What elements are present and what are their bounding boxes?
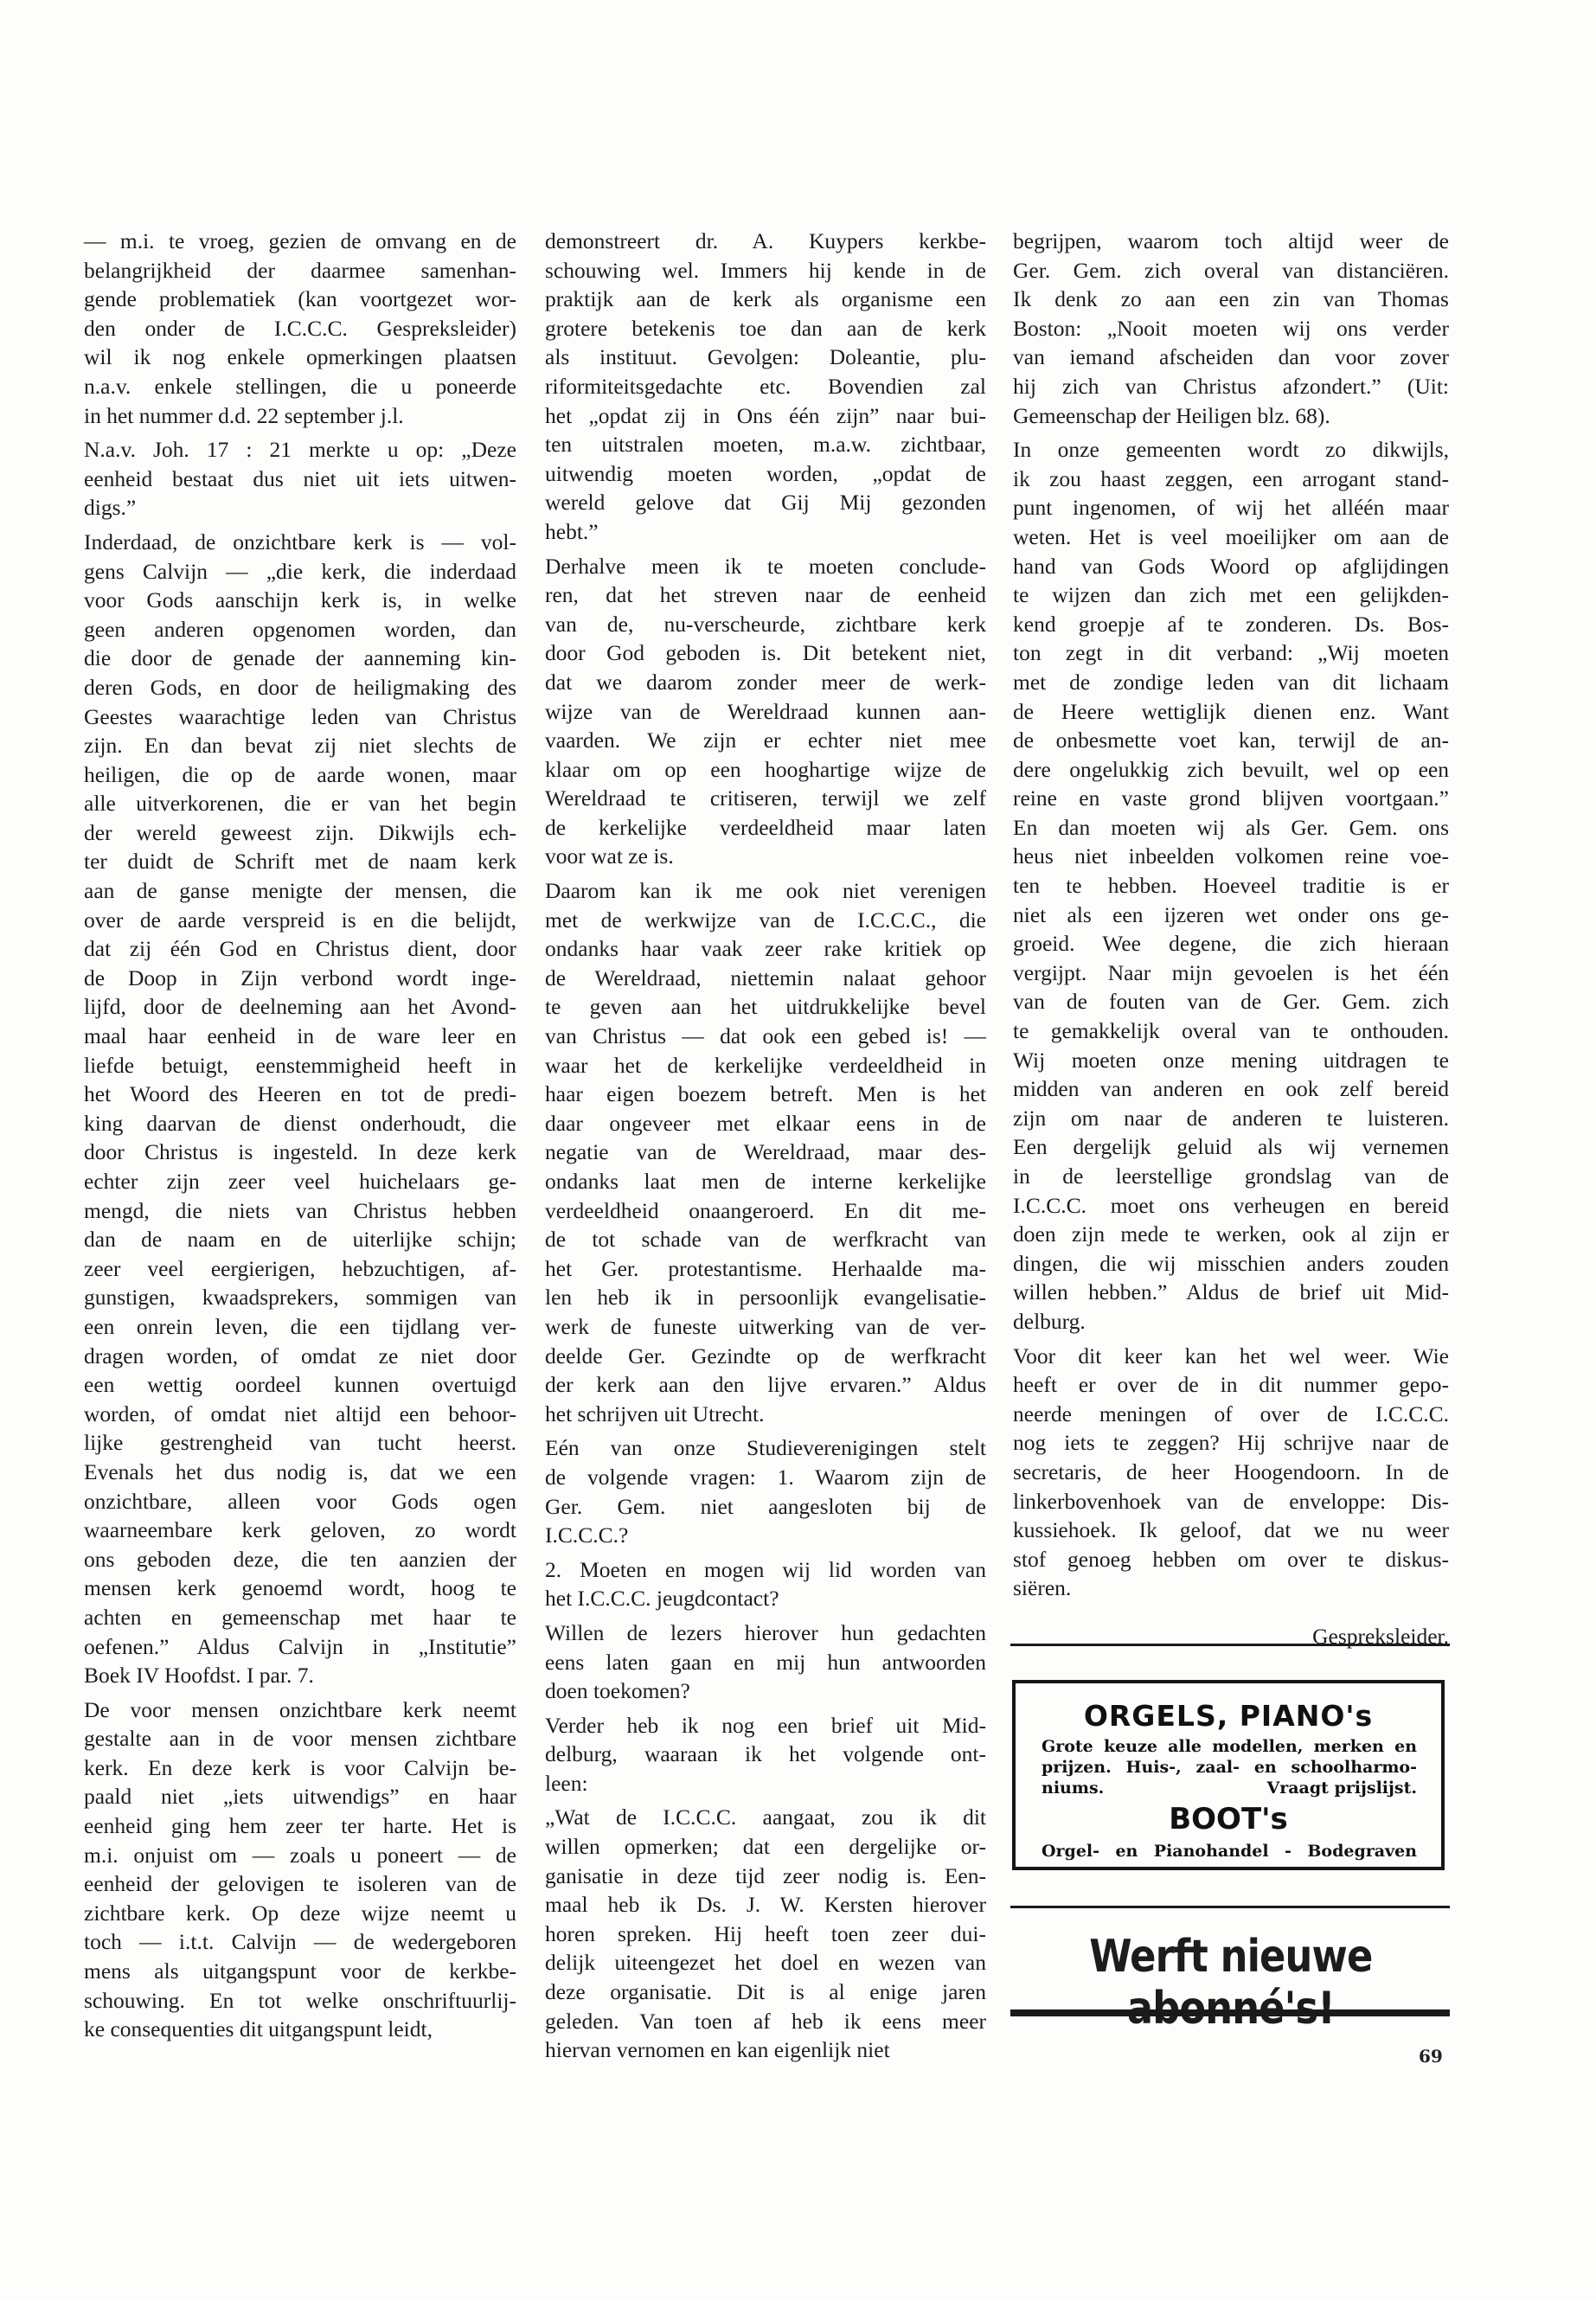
article-column-2: demonstreert dr. A. Kuypers kerkbe-schou… (545, 227, 986, 2065)
text-line: daar ongeveer met elkaar eens in de (545, 1109, 986, 1138)
text-line: grotere betekenis toe dan aan de kerk (545, 314, 986, 343)
ad-brand: BOOT's (1016, 1802, 1441, 1836)
text-line: 2. Moeten en mogen wij lid worden van (545, 1555, 986, 1585)
text-line: toch — i.t.t. Calvijn — de wedergeboren (84, 1927, 516, 1957)
divider-rule-top (1010, 1644, 1450, 1646)
text-line: Boek IV Hoofdst. I par. 7. (84, 1661, 516, 1690)
text-line: van Christus — dat ook een gebed is! — (545, 1022, 986, 1051)
text-line: Verder heb ik nog een brief uit Mid- (545, 1711, 986, 1740)
text-line: die door de genade der aanneming kin- (84, 644, 516, 673)
text-line: vaarden. We zijn er echter niet mee (545, 726, 986, 755)
text-line: mensen kerk genoemd wordt, hoog te (84, 1574, 516, 1603)
paragraph: De voor mensen onzichtbare kerk neemtges… (84, 1695, 516, 2044)
text-line: horen spreken. Hij heeft toen zeer dui- (545, 1920, 986, 1949)
text-line: lijke gestrengheid van tucht heerst. (84, 1428, 516, 1458)
article-column-1: — m.i. te vroeg, gezien de omvang en deb… (84, 227, 516, 2044)
ad-footer: Orgel- en Pianohandel - Bodegraven (1016, 1836, 1441, 1861)
text-line: waar het de kerkelijke verdeeldheid in (545, 1051, 986, 1080)
text-line: hij zich van Christus afzondert.” (Uit: (1013, 372, 1449, 401)
text-line: eenheid der gelovigen te isoleren van de (84, 1869, 516, 1899)
text-line: Geestes waarachtige leden van Christus (84, 702, 516, 732)
text-line: Voor dit keer kan het wel weer. Wie (1013, 1342, 1449, 1371)
paragraph: Inderdaad, de onzichtbare kerk is — vol-… (84, 528, 516, 1690)
text-line: maal haar eenheid in de ware leer en (84, 1022, 516, 1051)
text-line: niet als een ijzeren wet onder ons ge- (1013, 901, 1449, 930)
text-line: der kerk aan den lijve ervaren.” Aldus (545, 1370, 986, 1400)
text-line: haar eigen boezem betreft. Men is het (545, 1080, 986, 1109)
text-line: het „opdat zij in Ons één zijn” naar bui… (545, 401, 986, 431)
text-line: wijze van de Wereldraad kunnen aan- (545, 697, 986, 727)
text-line: Eén van onze Studieverenigingen stelt (545, 1433, 986, 1463)
text-line: punt ingenomen, of wij het alléén maar (1013, 493, 1449, 522)
text-line: gestalte aan in de voor mensen zichtbare (84, 1724, 516, 1753)
text-line: — m.i. te vroeg, gezien de omvang en de (84, 227, 516, 256)
text-line: in het nummer d.d. 22 september j.l. (84, 401, 516, 431)
text-line: ten te hebben. Hoeveel traditie is er (1013, 871, 1449, 901)
text-line: voor Gods aanschijn kerk is, in welke (84, 586, 516, 615)
text-line: achten en gemeenschap met haar te (84, 1603, 516, 1632)
text-line: demonstreert dr. A. Kuypers kerkbe- (545, 227, 986, 256)
text-line: in de leerstellige grondslag van de (1013, 1162, 1449, 1191)
text-line: gens Calvijn — „die kerk, die inderdaad (84, 557, 516, 586)
text-line: ten uitstralen moeten, m.a.w. zichtbaar, (545, 430, 986, 459)
text-line: te geven aan het uitdrukkelijke bevel (545, 992, 986, 1022)
text-line: ondanks haar vaak zeer rake kritiek op (545, 934, 986, 964)
text-line: voor wat ze is. (545, 842, 986, 871)
text-line: nog iets te zeggen? Hij schrijve naar de (1013, 1428, 1449, 1458)
text-line: gende problematiek (kan voortgezet wor- (84, 285, 516, 314)
text-line: een wettig oordeel kunnen overtuigd (84, 1370, 516, 1400)
text-line: de tot schade van de werfkracht van (545, 1225, 986, 1254)
text-line: Ger. Gem. niet aangesloten bij de (545, 1492, 986, 1522)
text-line: verdeeldheid onaangeroerd. En dit me- (545, 1196, 986, 1226)
text-line: geen anderen opgenomen worden, dan (84, 615, 516, 644)
paragraph: Voor dit keer kan het wel weer. Wieheeft… (1013, 1342, 1449, 1603)
text-line: de volgende vragen: 1. Waarom zijn de (545, 1463, 986, 1492)
text-line: neerde meningen of over de I.C.C.C. (1013, 1400, 1449, 1429)
text-line: midden van anderen en ook zelf bereid (1013, 1074, 1449, 1104)
text-line: als instituut. Gevolgen: Doleantie, plu- (545, 343, 986, 372)
text-line: riformiteitsgedachte etc. Bovendien zal (545, 372, 986, 401)
advertisement-box: ORGELS, PIANO's Grote keuze alle modelle… (1012, 1680, 1445, 1870)
text-line: willen opmerken; dat een dergelijke or- (545, 1832, 986, 1862)
article-column-3: begrijpen, waarom toch altijd weer deGer… (1013, 227, 1449, 1651)
text-line: heiligen, die op de aarde wonen, maar (84, 760, 516, 790)
text-line: praktijk aan de kerk als organisme een (545, 285, 986, 314)
paragraph: begrijpen, waarom toch altijd weer deGer… (1013, 227, 1449, 430)
text-line: ren, dat het streven naar de eenheid (545, 580, 986, 610)
text-line: waarneembare kerk geloven, zo wordt (84, 1516, 516, 1545)
text-line: doen zijn mede te werken, ook al zijn er (1013, 1220, 1449, 1249)
text-line: leen: (545, 1769, 986, 1798)
text-line: ter duidt de Schrift met de naam kerk (84, 847, 516, 876)
paragraph: Verder heb ik nog een brief uit Mid-delb… (545, 1711, 986, 1798)
text-line: En dan moeten wij als Ger. Gem. ons (1013, 813, 1449, 843)
text-line: ke consequenties dit uitgangspunt leidt, (84, 2015, 516, 2044)
text-line: hebt.” (545, 517, 986, 547)
text-line: het Ger. protestantisme. Herhaalde ma- (545, 1254, 986, 1284)
text-line: klaar om op een hooghartige wijze de (545, 755, 986, 785)
text-line: Daarom kan ik me ook niet verenigen (545, 876, 986, 906)
text-line: schouwing wel. Immers hij kende in de (545, 256, 986, 285)
text-line: dere ongelukkig zich bevuilt, wel op een (1013, 755, 1449, 785)
text-line: n.a.v. enkele stellingen, die u poneerde (84, 372, 516, 401)
text-line: zeer veel eergierigen, hebzuchtigen, af- (84, 1254, 516, 1284)
paragraph: — m.i. te vroeg, gezien de omvang en deb… (84, 227, 516, 430)
paragraph: 2. Moeten en mogen wij lid worden vanhet… (545, 1555, 986, 1613)
text-line: Wereldraad te critiseren, terwijl we zel… (545, 784, 986, 813)
text-line: zijn. En dan bevat zij niet slechts de (84, 731, 516, 760)
paragraph: Daarom kan ik me ook niet verenigenmet d… (545, 876, 986, 1428)
text-line: over de aarde verspreid is en die belijd… (84, 906, 516, 935)
ad-body-line: niums. Vraagt prijslijst. (1042, 1778, 1417, 1798)
text-line: de Doop in Zijn verbond wordt inge- (84, 964, 516, 993)
text-line: dingen, die wij misschien anders zouden (1013, 1249, 1449, 1279)
text-line: heeft er over de in dit nummer gepo- (1013, 1370, 1449, 1400)
text-line: delijk uiteengezet het doel en wezen van (545, 1948, 986, 1977)
text-line: deze organisatie. Dit is al enige jaren (545, 1977, 986, 2007)
text-line: secretaris, de heer Hoogendoorn. In de (1013, 1458, 1449, 1487)
signature: Gespreksleider. (1013, 1622, 1449, 1651)
paragraph: Eén van onze Studieverenigingen steltde … (545, 1433, 986, 1549)
ad-body-line-left: niums. (1042, 1778, 1104, 1798)
text-line: zichtbare kerk. Op deze wijze neemt u (84, 1899, 516, 1928)
text-line: ons geboden deze, die ten aanzien der (84, 1545, 516, 1574)
text-line: geleden. Van toen af heb ik eens meer (545, 2007, 986, 2036)
text-line: I.C.C.C.? (545, 1521, 986, 1550)
text-line: van iemand afscheiden dan voor zover (1013, 343, 1449, 372)
text-line: delburg, waaraan ik het volgende ont- (545, 1740, 986, 1769)
text-line: delburg. (1013, 1307, 1449, 1336)
text-line: eens laten gaan en mij hun antwoorden (545, 1648, 986, 1677)
divider-rule-mid (1010, 1906, 1450, 1908)
text-line: door Christus is ingesteld. In deze kerk (84, 1138, 516, 1167)
text-line: met de werkwijze van de I.C.C.C., die (545, 906, 986, 935)
ad-body-line: prijzen. Huis-, zaal- en schoolharmo- (1042, 1757, 1417, 1778)
text-line: begrijpen, waarom toch altijd weer de (1013, 227, 1449, 256)
text-line: siëren. (1013, 1574, 1449, 1603)
text-line: doen toekomen? (545, 1676, 986, 1706)
text-line: der wereld geweest zijn. Dikwijls ech- (84, 818, 516, 848)
text-line: willen hebben.” Aldus de brief uit Mid- (1013, 1278, 1449, 1307)
text-line: alle uitverkorenen, die er van het begin (84, 789, 516, 818)
text-line: eenheid bestaat dus niet uit iets uitwen… (84, 465, 516, 494)
text-line: In onze gemeenten wordt zo dikwijls, (1013, 435, 1449, 465)
paragraph: Derhalve meen ik te moeten conclude-ren,… (545, 552, 986, 872)
text-line: len heb ik in persoonlijk evangelisatie- (545, 1283, 986, 1312)
text-line: te gemakkelijk overal van te onthouden. (1013, 1016, 1449, 1046)
text-line: kerk. En deze kerk is voor Calvijn be- (84, 1753, 516, 1783)
text-line: Een dergelijk geluid als wij vernemen (1013, 1132, 1449, 1162)
text-line: dragen worden, of omdat ze niet door (84, 1342, 516, 1371)
text-line: De voor mensen onzichtbare kerk neemt (84, 1695, 516, 1725)
text-line: het I.C.C.C. jeugdcontact? (545, 1584, 986, 1613)
text-line: Wij moeten onze mening uitdragen te (1013, 1046, 1449, 1075)
text-line: Ger. Gem. zich overal van distanciëren. (1013, 256, 1449, 285)
text-line: belangrijkheid der daarmee samenhan- (84, 256, 516, 285)
text-line: ik zou haast zeggen, een arrogant stand- (1013, 465, 1449, 494)
text-line: onzichtbare, alleen voor Gods ogen (84, 1487, 516, 1516)
promo-headline: Werft nieuwe abonné's! (1012, 1931, 1450, 2035)
text-line: deren Gods, en door de heiligmaking des (84, 673, 516, 702)
paragraph: In onze gemeenten wordt zo dikwijls,ik z… (1013, 435, 1449, 1336)
text-line: een onrein leven, die een tijdlang ver- (84, 1312, 516, 1342)
text-line: kend groepje af te zonderen. Ds. Bos- (1013, 610, 1449, 639)
text-line: Gemeenschap der Heiligen blz. 68). (1013, 401, 1449, 431)
text-line: stof genoeg hebben om over te diskus- (1013, 1545, 1449, 1574)
divider-rule-bottom (1010, 2009, 1450, 2016)
text-line: de Wereldraad, niettemin nalaat gehoor (545, 964, 986, 993)
text-line: Inderdaad, de onzichtbare kerk is — vol- (84, 528, 516, 557)
text-line: reine en vaste grond blijven voortgaan.” (1013, 784, 1449, 813)
text-line: Ik denk zo aan een zin van Thomas (1013, 285, 1449, 314)
text-line: uitwendig moeten worden, „opdat de (545, 459, 986, 489)
text-line: Derhalve meen ik te moeten conclude- (545, 552, 986, 581)
text-line: den onder de I.C.C.C. Gespreksleider) (84, 314, 516, 343)
text-line: de kerkelijke verdeeldheid maar laten (545, 813, 986, 843)
text-line: oefenen.” Aldus Calvijn in „Institutie” (84, 1632, 516, 1662)
text-line: paald niet „iets uitwendigs” en haar (84, 1782, 516, 1811)
text-line: de Heere wettiglijk dienen enz. Want (1013, 697, 1449, 727)
text-line: dat zij één God en Christus dient, door (84, 934, 516, 964)
text-line: maal heb ik Ds. J. W. Kersten hierover (545, 1890, 986, 1920)
text-line: m.i. onjuist om — zoals u poneert — de (84, 1841, 516, 1870)
text-line: weten. Het is veel moeilijker om aan de (1013, 522, 1449, 552)
text-line: mengd, die niets van Christus hebben (84, 1196, 516, 1226)
text-line: werk de funeste uitwerking van de ver- (545, 1312, 986, 1342)
text-line: linkerbovenhoek van de enveloppe: Dis- (1013, 1487, 1449, 1516)
ad-body-line-right: Vraagt prijslijst. (1266, 1778, 1417, 1798)
text-line: deelde Ger. Gezindte op de werfkracht (545, 1342, 986, 1371)
text-line: kussiehoek. Ik geloof, dat we nu weer (1013, 1516, 1449, 1545)
text-line: dan de naam en de uiterlijke schijn; (84, 1225, 516, 1254)
text-line: eenheid ging hem zeer ter harte. Het is (84, 1811, 516, 1841)
text-line: ganisatie in deze tijd zeer nodig is. Ee… (545, 1862, 986, 1891)
paragraph: N.a.v. Joh. 17 : 21 merkte u op: „Dezeee… (84, 435, 516, 522)
text-line: het schrijven uit Utrecht. (545, 1400, 986, 1429)
text-line: „Wat de I.C.C.C. aangaat, zou ik dit (545, 1803, 986, 1832)
text-line: het Woord des Heeren en tot de predi- (84, 1080, 516, 1109)
text-line: schouwing. En tot welke onschriftuurlij- (84, 1986, 516, 2016)
text-line: N.a.v. Joh. 17 : 21 merkte u op: „Deze (84, 435, 516, 465)
text-line: Boston: „Nooit moeten wij ons verder (1013, 314, 1449, 343)
text-line: digs.” (84, 493, 516, 522)
text-line: wil ik nog enkele opmerkingen plaatsen (84, 343, 516, 372)
ad-body: Grote keuze alle modellen, merken en pri… (1016, 1733, 1441, 1798)
ad-body-line: Grote keuze alle modellen, merken en (1042, 1736, 1417, 1757)
text-line: lijfd, door de deelneming aan het Avond- (84, 992, 516, 1022)
text-line: van de, nu-verscheurde, zichtbare kerk (545, 610, 986, 639)
text-line: echter zijn zeer veel huichelaars ge- (84, 1167, 516, 1196)
text-line: aan de ganse menigte der mensen, die (84, 876, 516, 906)
text-line: Evenals het dus nodig is, dat we een (84, 1458, 516, 1487)
text-line: wereld gelove dat Gij Mij gezonden (545, 488, 986, 517)
text-line: king daarvan de dienst onderhoudt, die (84, 1109, 516, 1138)
text-line: mens als uitgangspunt voor de kerkbe- (84, 1957, 516, 1986)
text-line: dat we daarom zonder meer de werk- (545, 668, 986, 697)
text-line: van de fouten van de Ger. Gem. zich (1013, 987, 1449, 1016)
text-line: Willen de lezers hierover hun gedachten (545, 1618, 986, 1648)
paragraph: Willen de lezers hierover hun gedachtene… (545, 1618, 986, 1706)
text-line: heus niet inbeelden volkomen reine voe- (1013, 842, 1449, 871)
text-line: hand van Gods Woord op afglijdingen (1013, 552, 1449, 581)
text-line: hiervan vernomen en kan eigenlijk niet (545, 2035, 986, 2065)
text-line: negatie van de Wereldraad, maar des- (545, 1138, 986, 1167)
text-line: door God geboden is. Dit betekent niet, (545, 638, 986, 668)
text-line: liefde betuigt, eenstemmigheid heeft in (84, 1051, 516, 1080)
text-line: de onbesmette voet kan, terwijl de an- (1013, 726, 1449, 755)
ad-title: ORGELS, PIANO's (1016, 1699, 1441, 1733)
page-number: 69 (1419, 2046, 1443, 2067)
text-line: zijn om naar de anderen te luisteren. (1013, 1104, 1449, 1133)
text-line: I.C.C.C. moet ons verheugen en bereid (1013, 1191, 1449, 1221)
text-line: ton zegt in dit verband: „Wij moeten (1013, 638, 1449, 668)
text-line: met de zondige leden van dit lichaam (1013, 668, 1449, 697)
text-line: worden, of omdat niet altijd een behoor- (84, 1400, 516, 1429)
text-line: ondanks laat men de interne kerkelijke (545, 1167, 986, 1196)
paragraph: demonstreert dr. A. Kuypers kerkbe-schou… (545, 227, 986, 547)
text-line: te wijzen dan zich met een gelijkden- (1013, 580, 1449, 610)
text-line: groeid. Wee degene, die zich hieraan (1013, 929, 1449, 958)
text-line: gunstigen, kwaadsprekers, sommigen van (84, 1283, 516, 1312)
text-line: vergijpt. Naar mijn gevoelen is het één (1013, 958, 1449, 988)
paragraph: „Wat de I.C.C.C. aangaat, zou ik ditwill… (545, 1803, 986, 2064)
